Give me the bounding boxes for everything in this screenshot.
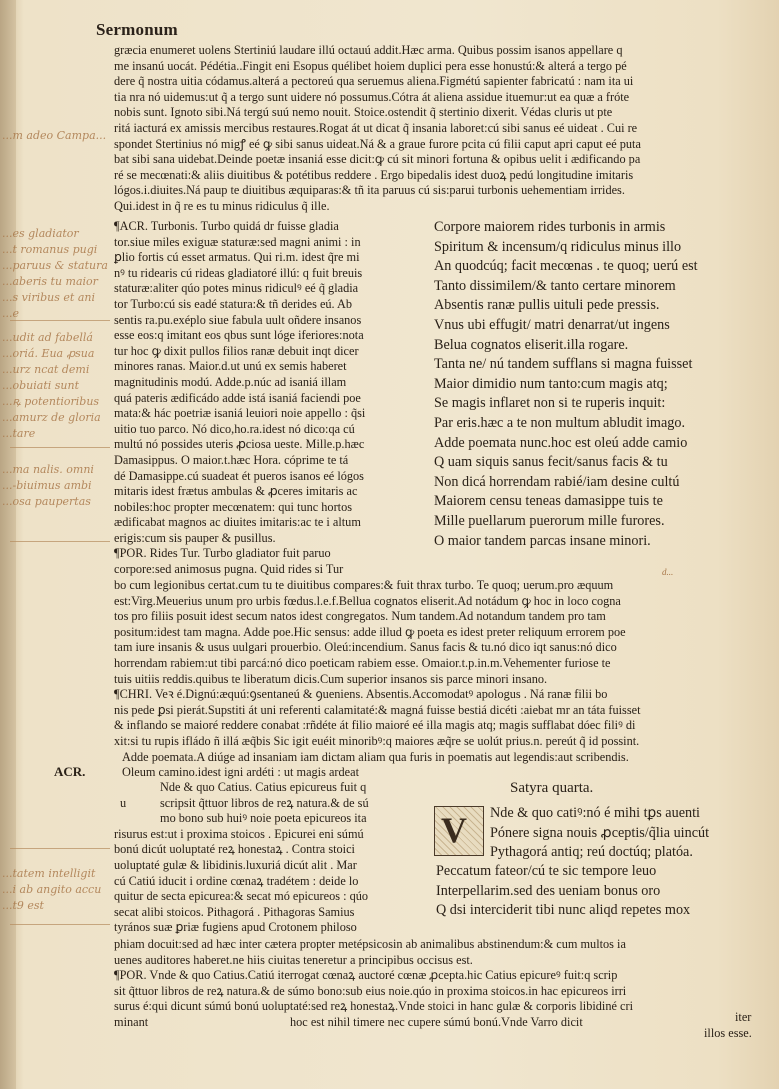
commentary-line: uenes auditores haberet.ne hiis ciuitas … (114, 953, 766, 969)
commentary-line: surus é:qui dicunt súmú bonú uoluptaté:s… (114, 999, 766, 1015)
handwritten-note-block: ...es gladiator ...t romanus pugi ...par… (2, 226, 108, 322)
commentary-line: staturæ:aliter qúo potes minus ridiculꝰ … (114, 281, 432, 297)
commentary-line: tyrános suæ ꝑriæ fugiens apud Crotonem p… (114, 920, 432, 936)
verse-line: Interpellarim.sed des ueniam bonus oro (436, 882, 779, 902)
verse-line: Par eris.hæc a te non multum abludit ima… (434, 414, 779, 434)
handwritten-line: ...oriá. Eua ꝓsua (2, 346, 101, 362)
commentary-line: cú Catiú iducit i ordine cœnaꝝ tradétem … (114, 874, 432, 890)
top-commentary: græcia enumeret uolens Stertiniú laudare… (114, 43, 766, 215)
commentary-line: quitur de secta epicurea:& secat mó epic… (114, 889, 432, 905)
verse-line: Adde poemata nunc.hoc est oleú adde cami… (434, 434, 779, 454)
commentary-line: mata:& hác poetriæ isaniá leuiori noie a… (114, 406, 432, 422)
handwritten-line: ...es gladiator (2, 226, 108, 242)
running-head: Sermonum (96, 20, 178, 40)
handwritten-line: ...aberis tu maior (2, 274, 108, 290)
commentary-line: tam iure insanis & usus uulgari prouerbi… (114, 640, 766, 656)
commentary-line: corpore:sed animosus pugna. Quid rides s… (114, 562, 432, 578)
verse-line: O maior tandem parcas insane minori. (434, 532, 779, 552)
verse-line: Vnus ubi effugit/ matri denarrat/ut inge… (434, 316, 779, 336)
commentary-line: mitaris idest frætus ambulas & ꝓceres im… (114, 484, 432, 500)
commentary-line: scripsit q̃ttuor libros de reꝝ natura.& … (114, 796, 432, 812)
middle-commentary: bo cum legionibus certat.cum tu te diuit… (114, 578, 766, 781)
commentary-line: ꝑlio fortis cú esset armatus. Qui ri.m. … (114, 250, 432, 266)
commentary-line: ædificabat magnos ac diuites imitaris:ac… (114, 515, 432, 531)
last-line-left: minant (114, 1015, 148, 1030)
verse-line: Belua cognatos eliserit.illa rogare. (434, 336, 779, 356)
commentary-line: minores ranas. Maior.d.ut unú ex semis h… (114, 359, 432, 375)
handwritten-line: ...ma nalis. omni (2, 462, 94, 478)
margin-rule (10, 447, 110, 448)
commentary-line: phiam docuit:sed ad hæc inter cætera pro… (114, 937, 766, 953)
catchword: illos esse. (704, 1026, 752, 1041)
commentary-line: tuis uitiis reddis.quibus te liberatum d… (114, 672, 766, 688)
verse-line: Se magis inflaret non si te ruperis inqu… (434, 394, 779, 414)
commentary-line: dé Damasippe.cú suadeat ét pueros isanos… (114, 469, 432, 485)
handwritten-note-block: ...udit ad fabellá ...oriá. Eua ꝓsua ...… (2, 330, 101, 442)
commentary-line: uitio tuo parco. Nó dico,ho.ra.idest nó … (114, 422, 432, 438)
handwritten-line: ...t9 est (2, 898, 101, 914)
commentary-line: tor Turbo:cú sis eadé statura:& tñ derid… (114, 297, 432, 313)
verse-line: Nde & quo catiꝰ:nó é mihi tꝑs auenti (490, 804, 779, 824)
commentary-line: lógos.i.diuites.Ná paup te diuitibus æqu… (114, 183, 766, 199)
commentary-line: ¶POR. Vnde & quo Catius.Catiú iterrogat … (114, 968, 766, 984)
verse-line: Q dsi interciderit tibi nunc aliqd repet… (436, 901, 779, 921)
left-commentary: ¶ACR. Turbonis. Turbo quidá dr fuisse gl… (114, 219, 432, 578)
bottom-commentary: phiam docuit:sed ad hæc inter cætera pro… (114, 937, 766, 1015)
commentary-line: erigis:cum sis pauper & pusillus. (114, 531, 432, 547)
handwritten-line: ...tare (2, 426, 101, 442)
commentary-line: sit q̃ttuor libros de reꝝ natura.& de sú… (114, 984, 766, 1000)
handwritten-line: ...i ab angito accu (2, 882, 101, 898)
lower-left-commentary: Nde & quo Catius. Catius epicureus fuit … (114, 780, 432, 936)
verse-column: Corpore maiorem rides turbonis in armis … (434, 218, 779, 551)
handwritten-line: ...udit ad fabellá (2, 330, 101, 346)
commentary-line: Oleum camino.idest igni ardéti : ut magi… (114, 765, 766, 781)
handwritten-line: ...s viribus et ani (2, 290, 108, 306)
catchword: iter (735, 1010, 751, 1025)
handwritten-note: ...m adeo Campa... (2, 128, 106, 144)
commentary-line: Nde & quo Catius. Catius epicureus fuit … (114, 780, 432, 796)
verse-line: An quodcúq; facit mecœnas . te quoq; uer… (434, 257, 779, 277)
commentary-line: nis pede ꝑsi pierát.Supstiti át uni refe… (114, 703, 766, 719)
handwritten-line: ...-biuimus ambi (2, 478, 94, 494)
commentary-line: nobis sunt. Ignoto sibi.Ná tergú suú nem… (114, 105, 766, 121)
margin-rule (10, 541, 110, 542)
verse-line: Peccatum fateor/cú te sic tempore leuo (436, 862, 779, 882)
verse-line: Maiorem censu teneas damasippe tuis te (434, 492, 779, 512)
commentary-line: mo bono sub huiꝰ noie poeta epicureos it… (114, 811, 432, 827)
commentary-line: Damasippus. O maior.t.hæc Hora. cóprime … (114, 453, 432, 469)
verse-line: Pónere signa nouis ꝓceptis/q̃lia uincút (490, 824, 779, 844)
commentary-line: nꝰ tu ridearis cú rideas gladiatoré illú… (114, 266, 432, 282)
verse-line: Pythagorá antiq; reú doctúq; platóa. (490, 843, 779, 863)
verse-line: Maior dimidio num tanto:cum magis atq; (434, 375, 779, 395)
handwritten-line: ...tatem intelligit (2, 866, 101, 882)
commentary-line: positum:idest tam magna. Adde poe.Hic se… (114, 625, 766, 641)
commentary-line: græcia enumeret uolens Stertiniú laudare… (114, 43, 766, 59)
handwritten-line: ...obuiati sunt (2, 378, 101, 394)
verse-line: Spiritum & incensum/q ridiculus minus il… (434, 238, 779, 258)
commentary-line: ¶POR. Rides Tur. Turbo gladiator fuit pa… (114, 546, 432, 562)
commentary-line: magnitudinis modú. Adde.p.núc ad isaniá … (114, 375, 432, 391)
binding-gutter (0, 0, 16, 1089)
commentary-line: bonú dicút uoluptaté reꝝ honestaꝝ . Cont… (114, 842, 432, 858)
handwritten-line: ...urz ncat demi (2, 362, 101, 378)
handwritten-line: ...t romanus pugi (2, 242, 108, 258)
handwritten-line: ...ꝶ potentioribus (2, 394, 101, 410)
commentary-line: Adde poemata.A diúge ad insaniam iam dic… (114, 750, 766, 766)
commentary-line: quá pateris ædificádo adde istá isaniá f… (114, 391, 432, 407)
commentary-line: ritá iacturá ex amissis mercibus restaur… (114, 121, 766, 137)
commentary-line: est:Virg.Meuerius unum pro urbis fœdus.l… (114, 594, 766, 610)
verse-line: Tanta ne/ nú tandem sufflans si magna fu… (434, 355, 779, 375)
commentary-line: xit:si tu rupis ifládo ñ illá æq̃bis Sic… (114, 734, 766, 750)
commentary-line: Qui.idest in q̃ re es tu minus ridiculus… (114, 199, 766, 215)
handwritten-line: ...osa paupertas (2, 494, 94, 510)
verse-line: Corpore maiorem rides turbonis in armis (434, 218, 779, 238)
initial-letter: V (441, 809, 467, 851)
commentary-line: tor.siue miles exiguæ staturæ:sed magni … (114, 235, 432, 251)
commentary-line: multú nó possides uteris ꝓciosa ueste. M… (114, 437, 432, 453)
commentary-line: horrendam rabiem:ut tibi parcá:nó dico p… (114, 656, 766, 672)
decorated-initial: V (434, 806, 484, 856)
commentary-line: secat alibi stoicos. Pithagorá . Pithago… (114, 905, 432, 921)
handwritten-note-block: ...ma nalis. omni ...-biuimus ambi ...os… (2, 462, 94, 510)
verse-line: Q uam siquis sanus fecit/sanus facis & t… (434, 453, 779, 473)
commentary-line: esse eos:q imitant eos qbus sunt lóge if… (114, 328, 432, 344)
verse-line: Tanto dissimilem/& tanto certare minorem (434, 277, 779, 297)
handwritten-note: d... (662, 567, 673, 577)
handwritten-line: ...paruus & statura (2, 258, 108, 274)
commentary-line: bo cum legionibus certat.cum tu te diuit… (114, 578, 766, 594)
margin-rule (10, 924, 110, 925)
commentary-line: ¶ACR. Turbonis. Turbo quidá dr fuisse gl… (114, 219, 432, 235)
commentary-line: & inflando se maioré reddere conabat :rñ… (114, 718, 766, 734)
margin-rule (10, 848, 110, 849)
handwritten-line: ...amurz de gloria (2, 410, 101, 426)
last-line-middle: hoc est nihil timere nec cupere súmú bon… (290, 1015, 583, 1030)
commentary-line: dere q̃ nostra uitia códamus.alterá a pe… (114, 74, 766, 90)
commentary-line: ré se mecœnati:& aliis diuitibus & potét… (114, 168, 766, 184)
commentary-line: tos pro filiis posuit idest secum natos … (114, 609, 766, 625)
handwritten-note-block: ...tatem intelligit ...i ab angito accu … (2, 866, 101, 914)
commentary-line: spondet Stertinius nó migꝭ eé ꝙ sibi san… (114, 137, 766, 153)
speaker-label: ACR. (54, 764, 85, 780)
commentary-line: risurus est:ut i proxima stoicos . Epicu… (114, 827, 432, 843)
commentary-line: ¶CHRI. Veꝛ é.Dignú:æquú:ꝯsentaneú & ꝯuen… (114, 687, 766, 703)
commentary-line: bat sibi sana uidebat.Deinde poetæ insan… (114, 152, 766, 168)
satire-verses-indented: Nde & quo catiꝰ:nó é mihi tꝑs auenti Pón… (490, 804, 779, 863)
verse-line: Absentis ranæ pullis uituli pede pressis… (434, 296, 779, 316)
commentary-line: uoluptaté gulæ & libidinis.luxuriá dicút… (114, 858, 432, 874)
commentary-line: tur hoc ꝙ dixit pullos filios ranæ debui… (114, 344, 432, 360)
verse-line: Non dicá horrendam rabié/iam desine cult… (434, 473, 779, 493)
commentary-line: nobiles:hoc propter mecœnatem: qui tunc … (114, 500, 432, 516)
book-page: Sermonum græcia enumeret uolens Stertini… (0, 0, 779, 1089)
satire-title: Satyra quarta. (510, 780, 593, 797)
verse-line: Mille puellarum puerorum mille furores. (434, 512, 779, 532)
margin-rule (10, 320, 110, 321)
commentary-line: sentis ra.pu.exéplo siue fabula uult oñd… (114, 313, 432, 329)
commentary-line: me insanú uocát. Pédétia..Fingit eni Eso… (114, 59, 766, 75)
satire-verses: Peccatum fateor/cú te sic tempore leuo I… (436, 862, 779, 921)
commentary-line: tia nra nó uidemus:ut q̃ a tergo sunt ui… (114, 90, 766, 106)
